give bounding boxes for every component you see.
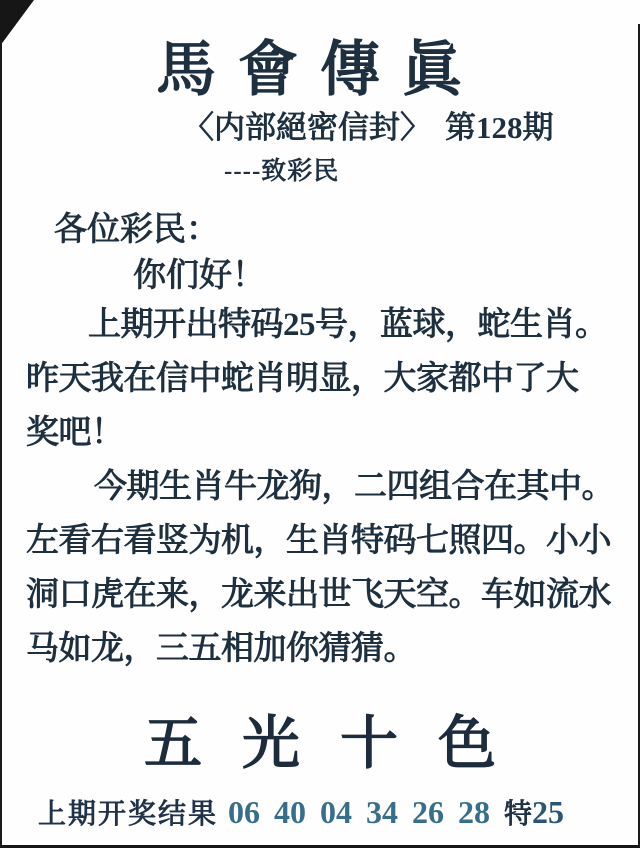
letter-line: 左看右看竖为机，生肖特码七照四。小小	[26, 514, 630, 568]
letter-line: 上期开出特码25号，蓝球，蛇生肖。	[26, 298, 630, 352]
letter-line: 昨天我在信中蛇肖明显，大家都中了大	[26, 352, 630, 406]
result-number: 26	[412, 794, 444, 831]
letter-line: 奖吧！	[26, 406, 630, 460]
letter-body: 上期开出特码25号，蓝球，蛇生肖。 昨天我在信中蛇肖明显，大家都中了大 奖吧！ …	[26, 298, 630, 676]
result-number: 06	[228, 794, 260, 831]
salutation: 各位彩民：	[54, 203, 219, 250]
greeting: 你们好！	[133, 249, 265, 296]
result-number: 04	[320, 794, 352, 831]
dedication-line: ----致彩民	[224, 151, 339, 187]
letter-line: 马如龙，三五相加你猜猜。	[26, 622, 630, 676]
subtitle: 〈内部絕密信封〉第128期	[183, 102, 554, 147]
result-number: 28	[458, 794, 490, 831]
subtitle-bracket-text: 〈内部絕密信封〉	[183, 110, 431, 145]
result-label: 上期开奖结果	[38, 792, 218, 832]
letter-line: 洞口虎在来，龙来出世飞天空。车如流水	[26, 568, 630, 622]
special-number: 25	[532, 794, 564, 831]
special-number-group: 特 25	[504, 792, 564, 832]
special-prefix: 特	[504, 792, 532, 832]
fax-page: 馬會傳眞 〈内部絕密信封〉第128期 ----致彩民 各位彩民： 你们好！ 上期…	[0, 0, 640, 848]
result-number: 40	[274, 794, 306, 831]
letter-line: 今期生肖牛龙狗，二四组合在其中。	[26, 460, 630, 514]
slogan: 五光十色	[0, 696, 640, 780]
issue-number: 第128期	[445, 110, 554, 145]
previous-result-line: 上期开奖结果 06 40 04 34 26 28 特 25	[38, 792, 564, 832]
page-title: 馬會傳眞	[0, 22, 640, 108]
result-number: 34	[366, 794, 398, 831]
